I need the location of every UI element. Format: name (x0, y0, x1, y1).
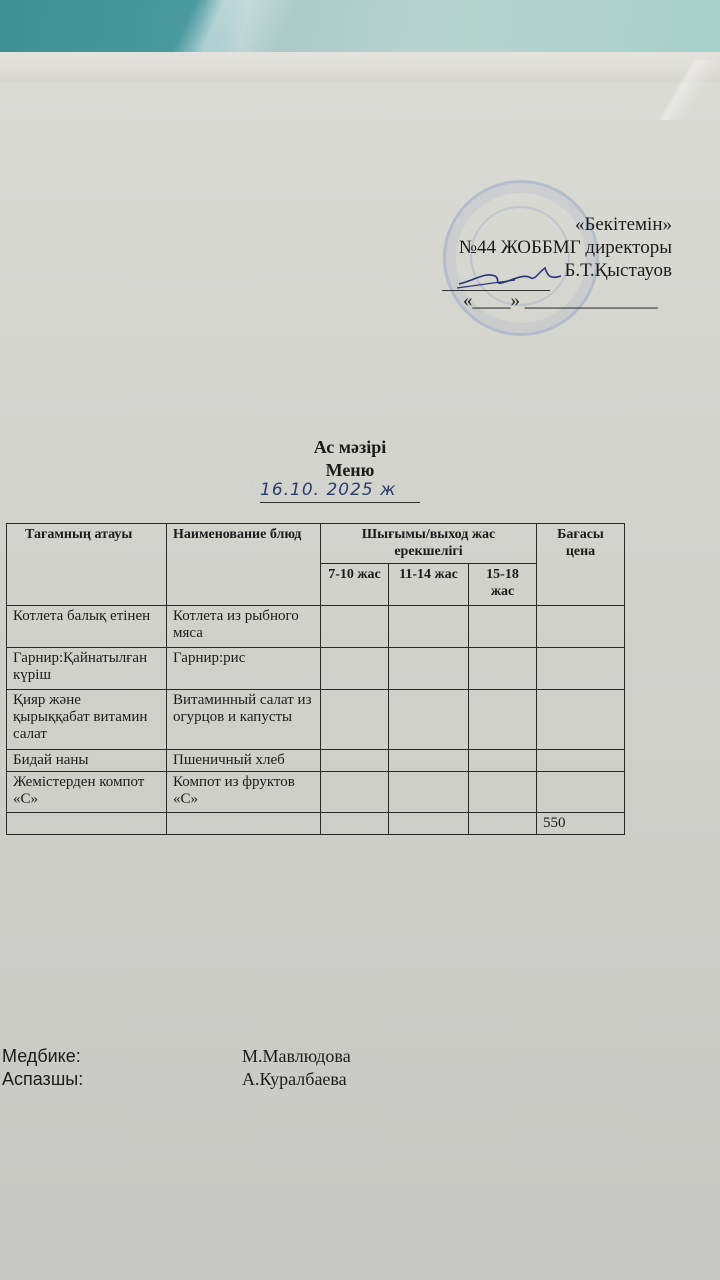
cell-age-7-10 (321, 772, 389, 813)
cell-age-7-10 (321, 690, 389, 750)
cell-empty (321, 813, 389, 835)
paper-corner-fold (640, 60, 720, 120)
cell-price (537, 750, 625, 772)
cell-empty (389, 813, 469, 835)
cell-price (537, 648, 625, 690)
cell-age-15-18 (469, 690, 537, 750)
cell-name-kz: Гарнир:Қайнатылған күріш (7, 648, 167, 690)
cell-name-ru: Гарнир:рис (167, 648, 321, 690)
header-age-7-10: 7-10 жас (321, 564, 389, 606)
cell-age-11-14 (389, 750, 469, 772)
cell-age-11-14 (389, 648, 469, 690)
approval-heading: «Бекітемін» (459, 213, 672, 236)
cell-name-kz: Қияр және қырыққабат витамин салат (7, 690, 167, 750)
cell-price (537, 606, 625, 648)
cell-age-7-10 (321, 648, 389, 690)
nurse-name: М.Мавлюдова (242, 1046, 351, 1067)
total-price: 550 (537, 813, 625, 835)
cell-price (537, 772, 625, 813)
cell-empty (469, 813, 537, 835)
header-name-ru: Наименование блюд (167, 524, 321, 606)
cell-age-7-10 (321, 606, 389, 648)
menu-table: Тағамның атауы Наименование блюд Шығымы/… (6, 523, 625, 835)
cell-empty (7, 813, 167, 835)
menu-date: 16.10. 2025 ж (260, 480, 420, 503)
cook-name: А.Куралбаева (242, 1069, 347, 1090)
table-row: Қияр және қырыққабат витамин салат Витам… (7, 690, 625, 750)
table-row: Гарнир:Қайнатылған күріш Гарнир:рис (7, 648, 625, 690)
cell-age-11-14 (389, 772, 469, 813)
table-row: Котлета балық етінен Котлета из рыбного … (7, 606, 625, 648)
signature-icon (455, 262, 565, 290)
cell-age-15-18 (469, 750, 537, 772)
cook-label: Аспазшы: (2, 1069, 83, 1090)
cell-name-kz: Бидай наны (7, 750, 167, 772)
cell-age-11-14 (389, 690, 469, 750)
header-yield-group: Шығымы/выход жас ерекшелігі (321, 524, 537, 564)
title-kazakh: Ас мәзірі (0, 436, 710, 458)
cell-age-15-18 (469, 772, 537, 813)
cell-age-7-10 (321, 750, 389, 772)
header-price: Бағасы цена (537, 524, 625, 606)
cell-name-kz: Котлета балық етінен (7, 606, 167, 648)
cell-name-ru: Компот из фруктов «С» (167, 772, 321, 813)
cell-age-15-18 (469, 606, 537, 648)
cell-price (537, 690, 625, 750)
header-name-kz: Тағамның атауы (7, 524, 167, 606)
table-row: Бидай наны Пшеничный хлеб (7, 750, 625, 772)
paper-top-edge (0, 52, 720, 82)
approval-position: №44 ЖОББМГ директоры (459, 236, 672, 259)
cell-name-kz: Жемістерден компот «С» (7, 772, 167, 813)
nurse-label: Медбике: (2, 1046, 81, 1067)
header-age-15-18: 15-18 жас (469, 564, 537, 606)
table-header-row: Тағамның атауы Наименование блюд Шығымы/… (7, 524, 625, 564)
cell-age-11-14 (389, 606, 469, 648)
title-russian: Меню (0, 459, 710, 481)
table-row: Жемістерден компот «С» Компот из фруктов… (7, 772, 625, 813)
table-total-row: 550 (7, 813, 625, 835)
cell-empty (167, 813, 321, 835)
approval-date-placeholder: «____» ______________ (463, 290, 658, 312)
cell-name-ru: Витаминный салат из огурцов и капусты (167, 690, 321, 750)
header-age-11-14: 11-14 жас (389, 564, 469, 606)
cell-name-ru: Котлета из рыбного мяса (167, 606, 321, 648)
cell-name-ru: Пшеничный хлеб (167, 750, 321, 772)
cell-age-15-18 (469, 648, 537, 690)
